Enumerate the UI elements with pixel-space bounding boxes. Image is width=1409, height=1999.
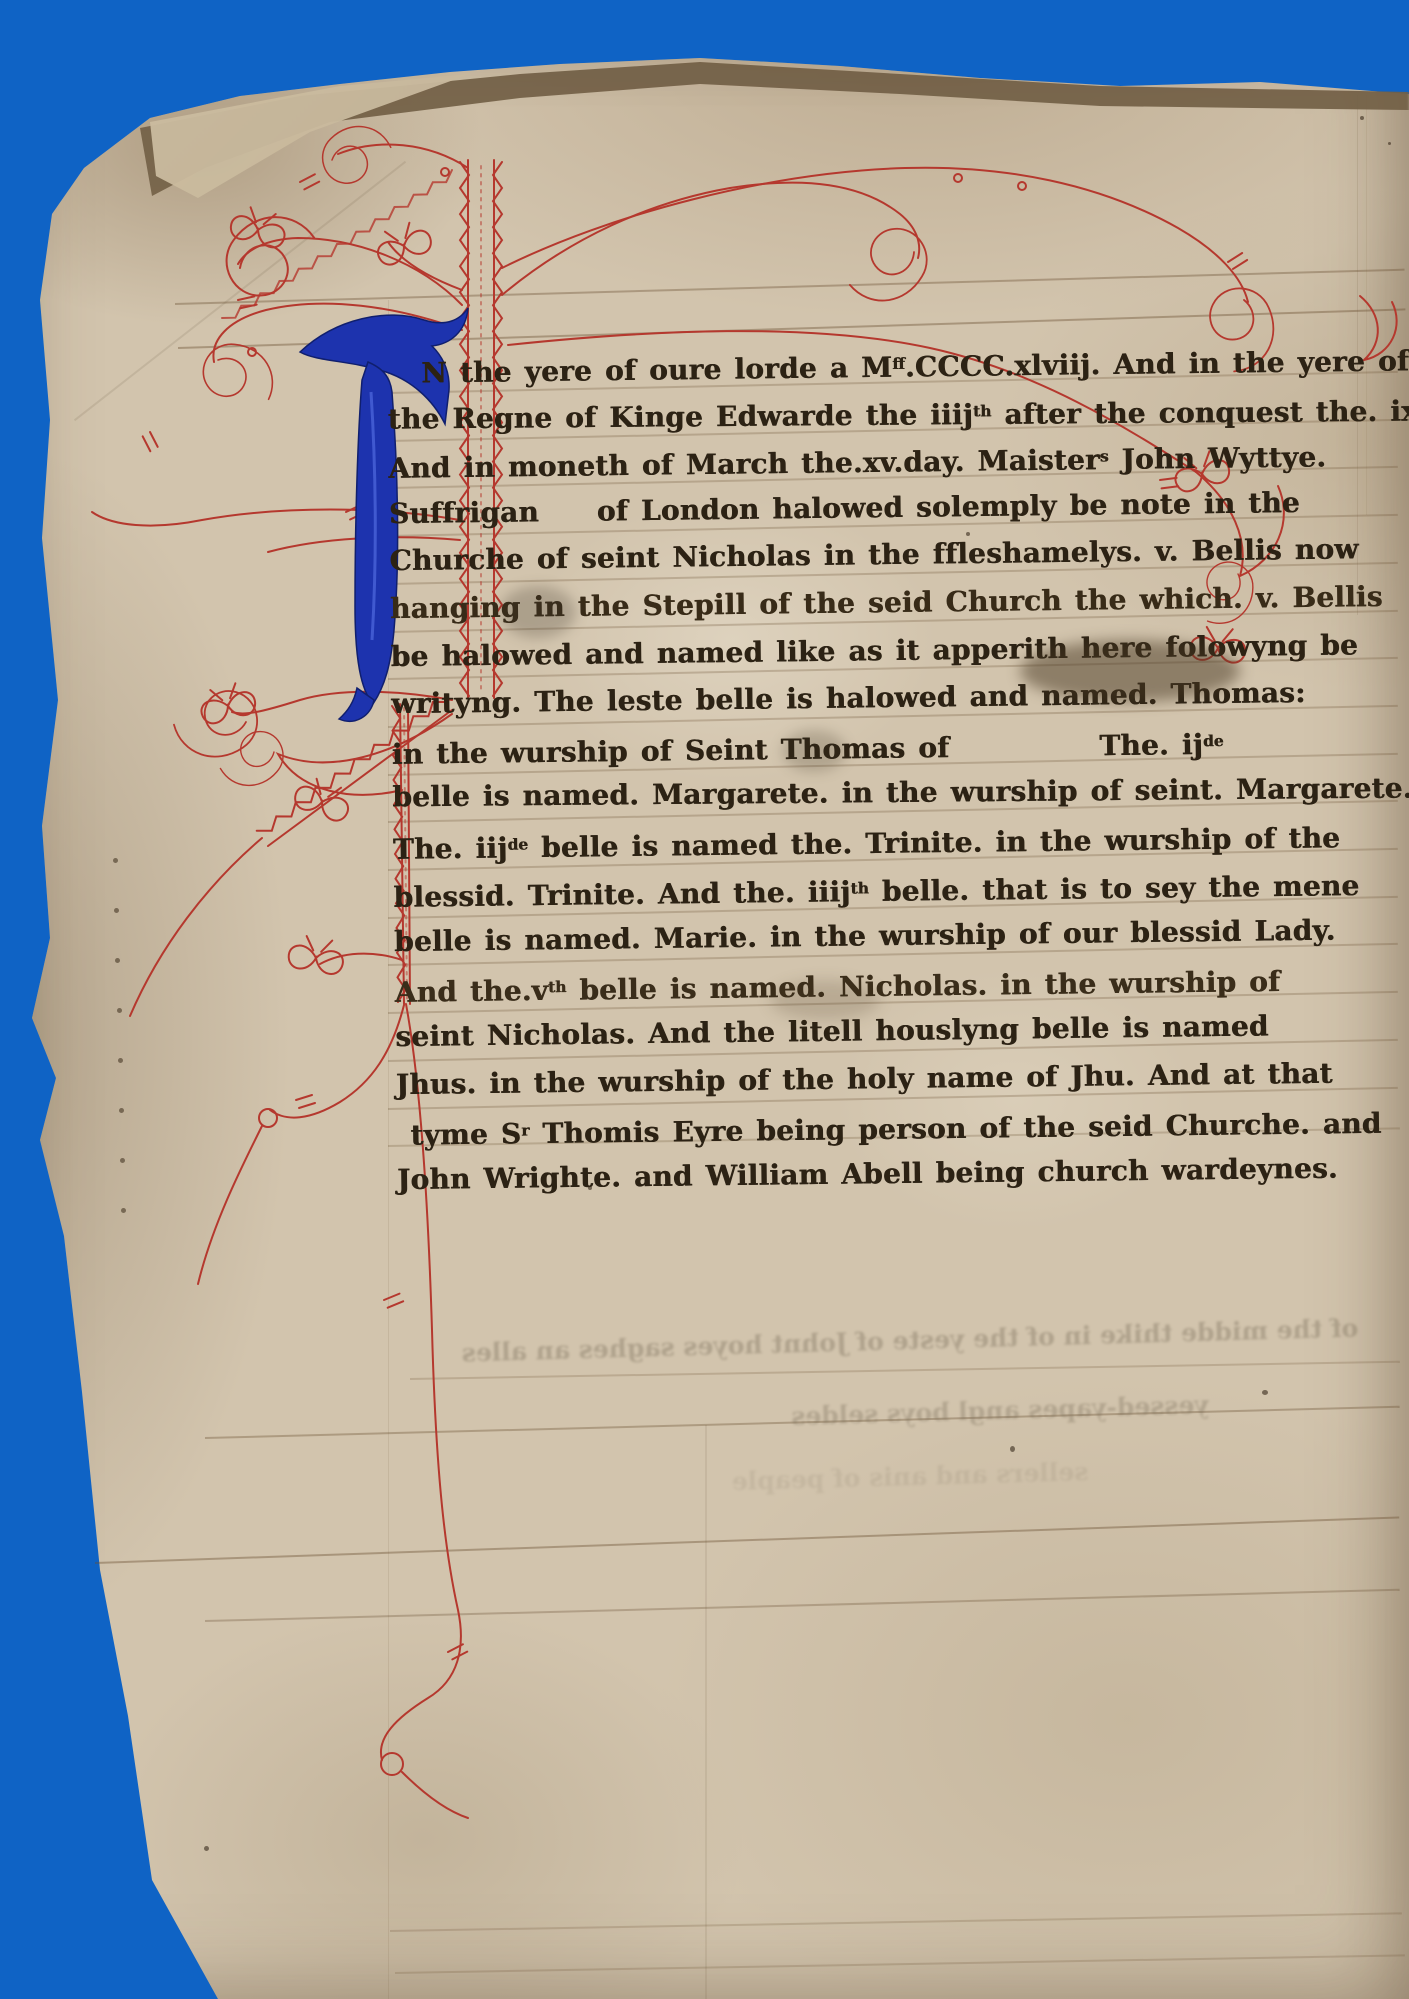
superscript: de xyxy=(1203,732,1224,750)
manuscript-text-line: belle is named. Margarete. in the wurshi… xyxy=(392,765,1402,821)
superscript: th xyxy=(850,879,869,897)
text-segment: belle is named. Marie. in the wurship of… xyxy=(394,914,1336,958)
text-segment: belle. that is to sey the mene xyxy=(869,869,1360,908)
text-segment: belle is named the. Trinite. in the wurs… xyxy=(528,821,1340,864)
text-segment: Suffrigan xyxy=(389,495,539,530)
text-segment: Thomis Eyre being person of the seid Chu… xyxy=(529,1106,1381,1149)
text-segment: John Wyttye. xyxy=(1108,441,1326,477)
text-segment: N the yere of oure lorde a M xyxy=(421,351,892,390)
photograph-of-manuscript: N the yere of oure lorde a Mff.CCCC.xlvi… xyxy=(0,0,1409,1999)
text-segment: .CCCC.xlviij. And in the yere of xyxy=(905,344,1409,383)
text-segment: after the conquest the. ix xyxy=(991,394,1409,430)
text-segment: of London halowed solemply be note in th… xyxy=(597,486,1300,528)
text-segment: The. ij xyxy=(1099,728,1203,762)
text-segment: The. iij xyxy=(393,831,508,865)
text-segment: the Regne of Kinge Edwarde the iiij xyxy=(388,398,974,436)
superscript: th xyxy=(973,402,991,420)
superscript: th xyxy=(548,978,567,996)
text-segment: Jhus. in the wurship of the holy name of… xyxy=(396,1057,1333,1101)
text-segment xyxy=(539,520,597,521)
text-segment: belle is named. Margarete. in the wurshi… xyxy=(392,772,1409,814)
superscript: ff xyxy=(892,355,905,373)
text-segment: blessid. Trinite. And the. iiij xyxy=(393,875,850,914)
text-segment: John Wrighte. and William Abell being ch… xyxy=(397,1152,1338,1196)
text-segment: And in moneth of March the.xv.day. Maist… xyxy=(388,443,1100,485)
text-segment: writyng. The leste belle is halowed and … xyxy=(391,676,1306,720)
superscript: de xyxy=(507,835,528,853)
text-segment: Churche of seint Nicholas in the fflesha… xyxy=(389,533,1358,578)
text-segment: And the.v xyxy=(394,974,548,1009)
text-segment: belle is named. Nicholas. in the wurship… xyxy=(566,965,1280,1007)
superscript: r xyxy=(521,1121,529,1139)
text-segment: tyme S xyxy=(410,1117,521,1151)
text-segment: be halowed and named like as it apperith… xyxy=(390,628,1358,673)
text-segment: hanging in the Stepill of the seid Churc… xyxy=(390,580,1383,625)
manuscript-text-line: the Regne of Kinge Edwarde the iiijth af… xyxy=(387,385,1397,441)
text-segment xyxy=(949,755,1099,757)
manuscript-text-block: N the yere of oure lorde a Mff.CCCC.xlvi… xyxy=(387,335,1407,1204)
text-segment: seint Nicholas. And the litell houslyng … xyxy=(395,1010,1269,1054)
text-segment: in the wurship of Seint Thomas of xyxy=(392,731,950,771)
